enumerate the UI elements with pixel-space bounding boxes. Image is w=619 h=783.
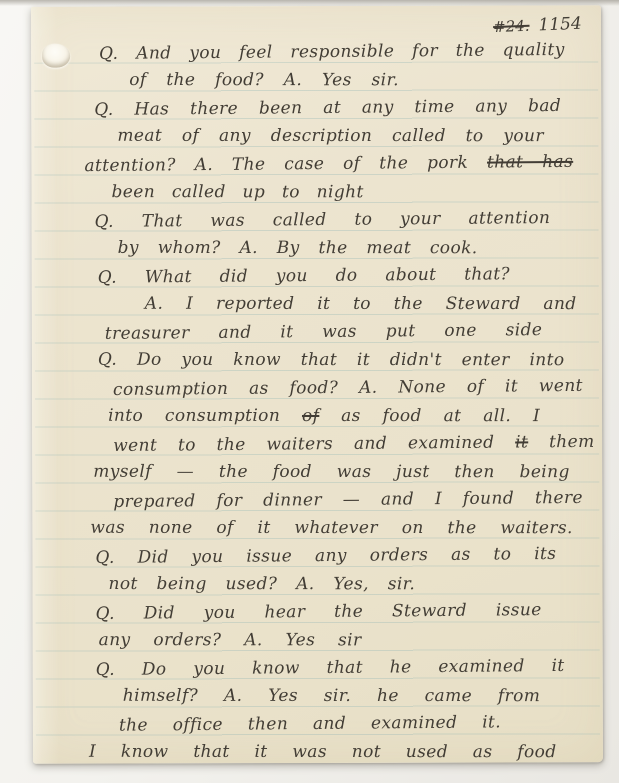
handwritten-text: meat of any description called to your	[117, 126, 544, 146]
handwritten-line: Q. That was called to your attention	[94, 206, 550, 234]
handwritten-line: Q. Has there been at any time any bad	[94, 94, 561, 122]
handwritten-line: was none of it whatever on the waiters.	[90, 516, 572, 540]
handwritten-text: prepared for dinner — and I found there	[113, 488, 583, 512]
handwritten-text: A. I reported it to the Steward and	[145, 294, 577, 314]
handwritten-line: Q. And you feel responsible for the qual…	[99, 38, 565, 66]
handwritten-text: was none of it whatever on the waiters.	[90, 518, 572, 538]
handwritten-line: meat of any description called to your	[117, 124, 544, 148]
handwritten-text: Q. Did you hear the Steward issue	[96, 600, 542, 624]
handwriting-layer: Q. And you feel responsible for the qual…	[31, 5, 603, 763]
handwritten-line: prepared for dinner — and I found there	[113, 486, 583, 514]
handwritten-line: been called up to night	[111, 180, 363, 204]
handwritten-text: Q. Did you issue any orders as to its	[95, 544, 556, 568]
handwritten-line: himself? A. Yes sir. he came from	[123, 684, 540, 708]
struck-text: that has	[487, 152, 573, 173]
handwritten-text: as food at all. I	[319, 406, 540, 426]
handwritten-text: myself — the food was just then being	[93, 462, 570, 482]
handwritten-text: any orders? A. Yes sir	[99, 630, 362, 650]
manuscript-page: #24.1154 Q. And you feel responsible for…	[31, 5, 603, 763]
handwritten-line: Q. What did you do about that?	[98, 262, 511, 290]
handwritten-line: Q. Do you know that he examined it	[96, 654, 565, 682]
handwritten-text: Q. Do you know that he examined it	[96, 656, 565, 680]
handwritten-text: been called up to night	[111, 182, 363, 202]
handwritten-line: any orders? A. Yes sir	[99, 628, 362, 652]
handwritten-text: Q. Has there been at any time any bad	[94, 96, 561, 120]
handwritten-text: them	[528, 432, 595, 453]
handwritten-text: attention? A. The case of the pork	[84, 153, 487, 177]
handwritten-text: Q. And you feel responsible for the qual…	[99, 40, 565, 64]
handwritten-line: not being used? A. Yes, sir.	[109, 572, 416, 596]
handwritten-text: the office then and examined it.	[119, 712, 501, 735]
handwritten-line: A. I reported it to the Steward and	[145, 292, 577, 316]
handwritten-text: treasurer and it was put one side	[105, 320, 543, 344]
handwritten-text: of the food? A. Yes sir.	[129, 70, 399, 90]
handwritten-line: went to the waiters and examined it them	[113, 430, 595, 458]
handwritten-line: myself — the food was just then being	[93, 460, 570, 484]
handwritten-text: consumption as food? A. None of it went	[113, 376, 583, 400]
handwritten-text: Q. Do you know that it didn't enter into	[98, 350, 565, 370]
handwritten-text: himself? A. Yes sir. he came from	[123, 686, 540, 706]
handwritten-line: Q. Do you know that it didn't enter into	[98, 348, 565, 372]
handwritten-line: by whom? A. By the meat cook.	[118, 236, 478, 260]
handwritten-line: into consumption of as food at all. I	[108, 404, 540, 428]
struck-text: it	[515, 432, 528, 452]
handwritten-line: Q. Did you hear the Steward issue	[95, 598, 541, 626]
handwritten-text: Q. That was called to your attention	[94, 208, 550, 232]
handwritten-text: not being used? A. Yes, sir.	[109, 574, 416, 594]
handwritten-text: I know that it was not used as food	[89, 742, 557, 762]
handwritten-text: into consumption	[108, 406, 302, 426]
handwritten-line: the office then and examined it.	[119, 710, 501, 737]
handwritten-text: by whom? A. By the meat cook.	[118, 238, 478, 258]
struck-text: of	[302, 406, 319, 426]
handwritten-line: of the food? A. Yes sir.	[129, 68, 399, 92]
handwritten-line: attention? A. The case of the pork that …	[84, 150, 573, 178]
handwritten-text: Q. What did you do about that?	[98, 264, 510, 288]
handwritten-line: treasurer and it was put one side	[105, 318, 543, 346]
handwritten-line: I know that it was not used as food	[89, 740, 557, 764]
handwritten-line: Q. Did you issue any orders as to its	[95, 542, 556, 570]
handwritten-line: consumption as food? A. None of it went	[113, 374, 583, 402]
handwritten-text: went to the waiters and examined	[113, 432, 515, 456]
